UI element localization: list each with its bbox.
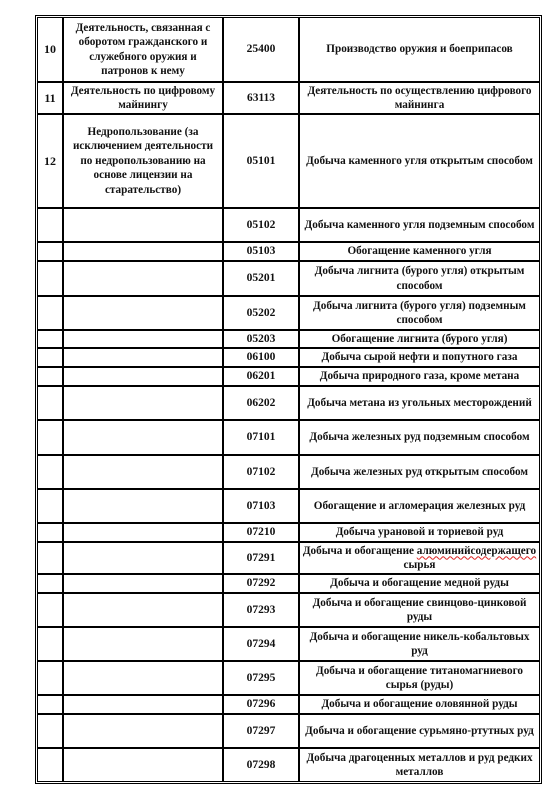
activity-type-cell [63,386,223,420]
okved-code-cell: 06202 [223,386,299,420]
okved-code-cell: 07294 [223,627,299,661]
table-row: 06202Добыча метана из угольных месторожд… [38,386,539,420]
table-row: 11Деятельность по цифровому майнингу6311… [38,82,539,114]
code-description-cell: Добыча и обогащение сурьмяно-ртутных руд [299,714,539,748]
activity-type-cell [63,542,223,574]
row-number-cell [38,261,63,296]
activity-type-cell [63,261,223,296]
activity-type-cell [63,714,223,748]
row-number-cell: 10 [38,18,63,82]
table-row: 05202Добыча лигнита (бурого угля) подзем… [38,296,539,330]
activity-type-cell [63,420,223,455]
activity-type-cell [63,330,223,348]
code-description-cell: Добыча сырой нефти и попутного газа [299,348,539,367]
row-number-cell [38,593,63,627]
table-row: 07103Обогащение и агломерация железных р… [38,489,539,523]
code-description-cell: Добыча метана из угольных месторождений [299,386,539,420]
table-row: 07210Добыча урановой и ториевой руд [38,523,539,542]
code-description-cell: Добыча природного газа, кроме метана [299,367,539,386]
okved-code-cell: 06100 [223,348,299,367]
activity-codes-table-frame: 10Деятельность, связанная с оборотом гра… [35,15,542,784]
code-description-cell: Добыча и обогащение алюминийсодержащего … [299,542,539,574]
table-row: 07294Добыча и обогащение никель-кобальто… [38,627,539,661]
table-row: 05203Обогащение лигнита (бурого угля) [38,330,539,348]
table-row: 07296Добыча и обогащение оловянной руды [38,695,539,714]
row-number-cell [38,242,63,261]
row-number-cell [38,574,63,593]
code-description-cell: Добыча и обогащение оловянной руды [299,695,539,714]
activity-type-cell [63,367,223,386]
code-description-cell: Добыча и обогащение свинцово-цинковой ру… [299,593,539,627]
row-number-cell [38,748,63,781]
activity-type-cell: Деятельность, связанная с оборотом гражд… [63,18,223,82]
table-row: 06100Добыча сырой нефти и попутного газа [38,348,539,367]
row-number-cell [38,523,63,542]
table-row: 06201Добыча природного газа, кроме метан… [38,367,539,386]
okved-code-cell: 06201 [223,367,299,386]
okved-code-cell: 05203 [223,330,299,348]
row-number-cell [38,420,63,455]
code-description-cell: Добыча лигнита (бурого угля) открытым сп… [299,261,539,296]
activity-type-cell [63,695,223,714]
okved-code-cell: 25400 [223,18,299,82]
row-number-cell [38,296,63,330]
okved-code-cell: 05101 [223,114,299,208]
table-row: 07292Добыча и обогащение медной руды [38,574,539,593]
table-row: 07291Добыча и обогащение алюминийсодержа… [38,542,539,574]
code-description-cell: Деятельность по осуществлению цифрового … [299,82,539,114]
activity-type-cell [63,489,223,523]
table-row: 10Деятельность, связанная с оборотом гра… [38,18,539,82]
okved-code-cell: 05102 [223,208,299,242]
okved-code-cell: 07296 [223,695,299,714]
code-description-cell: Обогащение лигнита (бурого угля) [299,330,539,348]
okved-code-cell: 07293 [223,593,299,627]
row-number-cell [38,208,63,242]
row-number-cell [38,661,63,695]
okved-code-cell: 05201 [223,261,299,296]
row-number-cell [38,455,63,489]
activity-type-cell [63,348,223,367]
activity-codes-table: 10Деятельность, связанная с оборотом гра… [38,18,539,781]
row-number-cell [38,542,63,574]
table-row: 05102Добыча каменного угля подземным спо… [38,208,539,242]
activity-type-cell: Деятельность по цифровому майнингу [63,82,223,114]
activity-type-cell [63,296,223,330]
activity-type-cell [63,574,223,593]
okved-code-cell: 63113 [223,82,299,114]
activity-type-cell [63,627,223,661]
row-number-cell [38,386,63,420]
activity-type-cell [63,661,223,695]
row-number-cell [38,695,63,714]
table-row: 05201Добыча лигнита (бурого угля) открыт… [38,261,539,296]
okved-code-cell: 07210 [223,523,299,542]
row-number-cell: 11 [38,82,63,114]
activity-type-cell [63,748,223,781]
row-number-cell [38,367,63,386]
code-description-cell: Производство оружия и боеприпасов [299,18,539,82]
okved-code-cell: 05202 [223,296,299,330]
okved-code-cell: 07103 [223,489,299,523]
okved-code-cell: 05103 [223,242,299,261]
code-description-cell: Добыча и обогащение медной руды [299,574,539,593]
table-row: 07298Добыча драгоценных металлов и руд р… [38,748,539,781]
table-row: 07293Добыча и обогащение свинцово-цинков… [38,593,539,627]
okved-code-cell: 07295 [223,661,299,695]
row-number-cell [38,489,63,523]
row-number-cell [38,330,63,348]
okved-code-cell: 07102 [223,455,299,489]
activity-type-cell [63,242,223,261]
row-number-cell [38,348,63,367]
activity-type-cell [63,593,223,627]
table-row: 07102Добыча железных руд открытым способ… [38,455,539,489]
code-description-cell: Обогащение каменного угля [299,242,539,261]
table-row: 07297Добыча и обогащение сурьмяно-ртутны… [38,714,539,748]
code-description-cell: Добыча железных руд открытым способом [299,455,539,489]
table-row: 05103Обогащение каменного угля [38,242,539,261]
okved-code-cell: 07291 [223,542,299,574]
spellcheck-flagged-word: алюминийсодержащего [417,545,536,557]
code-description-cell: Добыча каменного угля открытым способом [299,114,539,208]
table-row: 07101Добыча железных руд подземным спосо… [38,420,539,455]
code-description-cell: Добыча железных руд подземным способом [299,420,539,455]
okved-code-cell: 07292 [223,574,299,593]
code-description-cell: Добыча лигнита (бурого угля) подземным с… [299,296,539,330]
table-row: 07295Добыча и обогащение титаномагниевог… [38,661,539,695]
activity-type-cell [63,455,223,489]
okved-code-cell: 07101 [223,420,299,455]
row-number-cell [38,627,63,661]
code-description-cell: Добыча драгоценных металлов и руд редких… [299,748,539,781]
activity-type-cell: Недропользование (за исключением деятель… [63,114,223,208]
table-row: 12Недропользование (за исключением деяте… [38,114,539,208]
activity-type-cell [63,208,223,242]
row-number-cell [38,714,63,748]
code-description-cell: Добыча и обогащение титаномагниевого сыр… [299,661,539,695]
code-description-cell: Обогащение и агломерация железных руд [299,489,539,523]
code-description-cell: Добыча каменного угля подземным способом [299,208,539,242]
okved-code-cell: 07298 [223,748,299,781]
activity-type-cell [63,523,223,542]
code-description-cell: Добыча и обогащение никель-кобальтовых р… [299,627,539,661]
row-number-cell: 12 [38,114,63,208]
code-description-cell: Добыча урановой и ториевой руд [299,523,539,542]
okved-code-cell: 07297 [223,714,299,748]
